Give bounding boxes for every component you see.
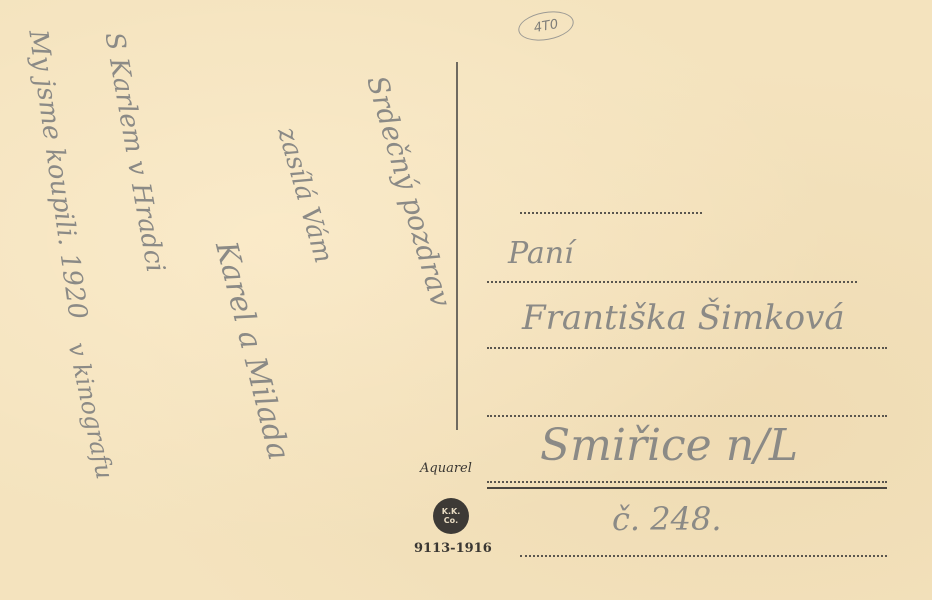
address-house-number: č. 248. — [612, 500, 722, 538]
postcard-back: 4T0 S Karlem v Hradci v kinografu My jsm… — [0, 0, 932, 600]
address-town: Smiřice n/L — [540, 420, 798, 471]
reference-mark-text: 4T0 — [533, 16, 560, 35]
address-salutation: Paní — [508, 236, 574, 271]
greeting-line-2: zasílá Vám — [271, 124, 338, 266]
address-line-3 — [487, 415, 887, 417]
address-line-4 — [487, 481, 887, 483]
address-line-2 — [487, 347, 887, 349]
address-line-4-solid — [487, 487, 887, 489]
card-code: 9113-1916 — [414, 541, 492, 556]
side-note-line-2: v kinografu — [63, 340, 119, 482]
address-line-5 — [520, 555, 887, 557]
seal-line-1: K.K. — [442, 507, 460, 516]
greeting-line-1: Srdečný pozdrav — [360, 72, 458, 311]
seal-line-2: Co. — [444, 516, 458, 525]
side-note-line-3: My jsme koupili. 1920 — [22, 28, 92, 321]
publisher-brand: Aquarel — [420, 461, 472, 476]
publisher-seal-icon: K.K. Co. — [433, 498, 469, 534]
center-divider — [456, 62, 458, 430]
address-recipient-name: Františka Šimková — [522, 298, 845, 338]
side-note-line-1: S Karlem v Hradci — [98, 30, 170, 275]
greeting-line-3: Karel a Milada — [208, 238, 296, 464]
reference-mark: 4T0 — [516, 7, 576, 44]
address-line-0 — [520, 212, 702, 214]
address-line-1 — [487, 281, 857, 283]
